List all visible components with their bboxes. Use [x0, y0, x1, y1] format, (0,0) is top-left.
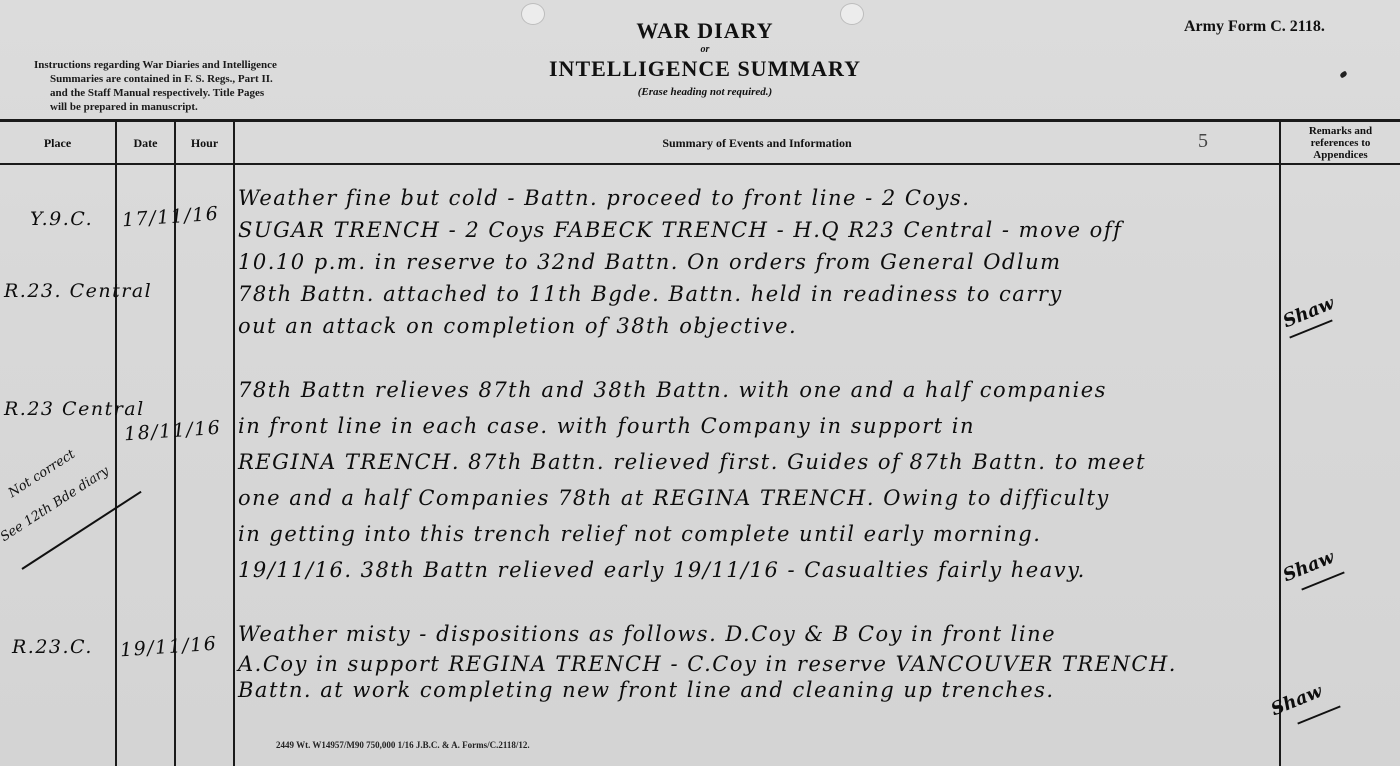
instructions-line: Instructions regarding War Diaries and I…: [34, 58, 364, 72]
war-diary-page: Instructions regarding War Diaries and I…: [0, 0, 1400, 766]
officer-signature: Shaw: [1280, 293, 1337, 332]
margin-note: See 12th Bde diary: [0, 464, 112, 545]
entry-text-line: A.Coy in support REGINA TRENCH - C.Coy i…: [238, 652, 1177, 676]
entry-place: Y.9.C.: [30, 208, 93, 230]
form-title-block: WAR DIARY or INTELLIGENCE SUMMARY (Erase…: [480, 18, 930, 98]
entry-place: R.23.C.: [12, 636, 93, 658]
form-instructions: Instructions regarding War Diaries and I…: [34, 58, 364, 114]
entry-place: R.23 Central: [4, 398, 145, 420]
officer-signature: Shaw: [1280, 547, 1337, 586]
entry-text-line: one and a half Companies 78th at REGINA …: [238, 486, 1110, 510]
entry-text-line: 19/11/16. 38th Battn relieved early 19/1…: [238, 558, 1086, 582]
column-divider-summary: [1279, 121, 1281, 766]
entry-text-line: Weather misty - dispositions as follows.…: [238, 622, 1056, 646]
form-title: WAR DIARY: [480, 18, 930, 44]
instructions-line: will be prepared in manuscript.: [34, 100, 364, 114]
page-number: 5: [1198, 130, 1208, 153]
entry-text-line: 78th Battn. attached to 11th Bgde. Battn…: [238, 282, 1063, 306]
entry-date: 19/11/16: [119, 633, 218, 662]
entry-text-line: 10.10 p.m. in reserve to 32nd Battn. On …: [238, 250, 1062, 274]
form-subtitle: INTELLIGENCE SUMMARY: [480, 56, 930, 82]
army-form-id: Army Form C. 2118.: [1184, 18, 1325, 36]
entry-text-line: in front line in each case. with fourth …: [238, 414, 975, 438]
column-header-place: Place: [0, 122, 115, 164]
column-divider-hour: [233, 121, 235, 766]
column-header-summary: Summary of Events and Information: [235, 122, 1279, 164]
entry-text-line: Weather fine but cold - Battn. proceed t…: [238, 186, 970, 210]
entry-place: R.23. Central: [4, 280, 152, 302]
entry-text-line: 78th Battn relieves 87th and 38th Battn.…: [238, 378, 1107, 402]
entry-date: 18/11/16: [123, 417, 222, 446]
instructions-line: and the Staff Manual respectively. Title…: [34, 86, 364, 100]
margin-note-underline: [21, 491, 141, 570]
printer-imprint: 2449 Wt. W14957/M90 750,000 1/16 J.B.C. …: [276, 740, 530, 750]
column-header-date: Date: [117, 122, 174, 164]
column-header-hour: Hour: [176, 122, 233, 164]
remarks-header-line: Remarks and: [1309, 125, 1372, 137]
instructions-line: Summaries are contained in F. S. Regs., …: [34, 72, 364, 86]
entry-date: 17/11/16: [121, 203, 220, 232]
entry-text-line: in getting into this trench relief not c…: [238, 522, 1041, 546]
column-divider-place: [115, 121, 117, 766]
ink-blot: [1339, 71, 1348, 79]
entry-text-line: REGINA TRENCH. 87th Battn. relieved firs…: [238, 450, 1146, 474]
form-title-or: or: [480, 44, 930, 56]
remarks-header-line: Appendices: [1313, 149, 1367, 161]
entry-text-line: SUGAR TRENCH - 2 Coys FABECK TRENCH - H.…: [238, 218, 1122, 242]
form-title-note: (Erase heading not required.): [480, 86, 930, 98]
entry-text-line: Battn. at work completing new front line…: [238, 678, 1055, 702]
column-header-remarks: Remarks and references to Appendices: [1281, 122, 1400, 164]
remarks-header-line: references to: [1311, 137, 1371, 149]
entry-text-line: out an attack on completion of 38th obje…: [238, 314, 797, 338]
